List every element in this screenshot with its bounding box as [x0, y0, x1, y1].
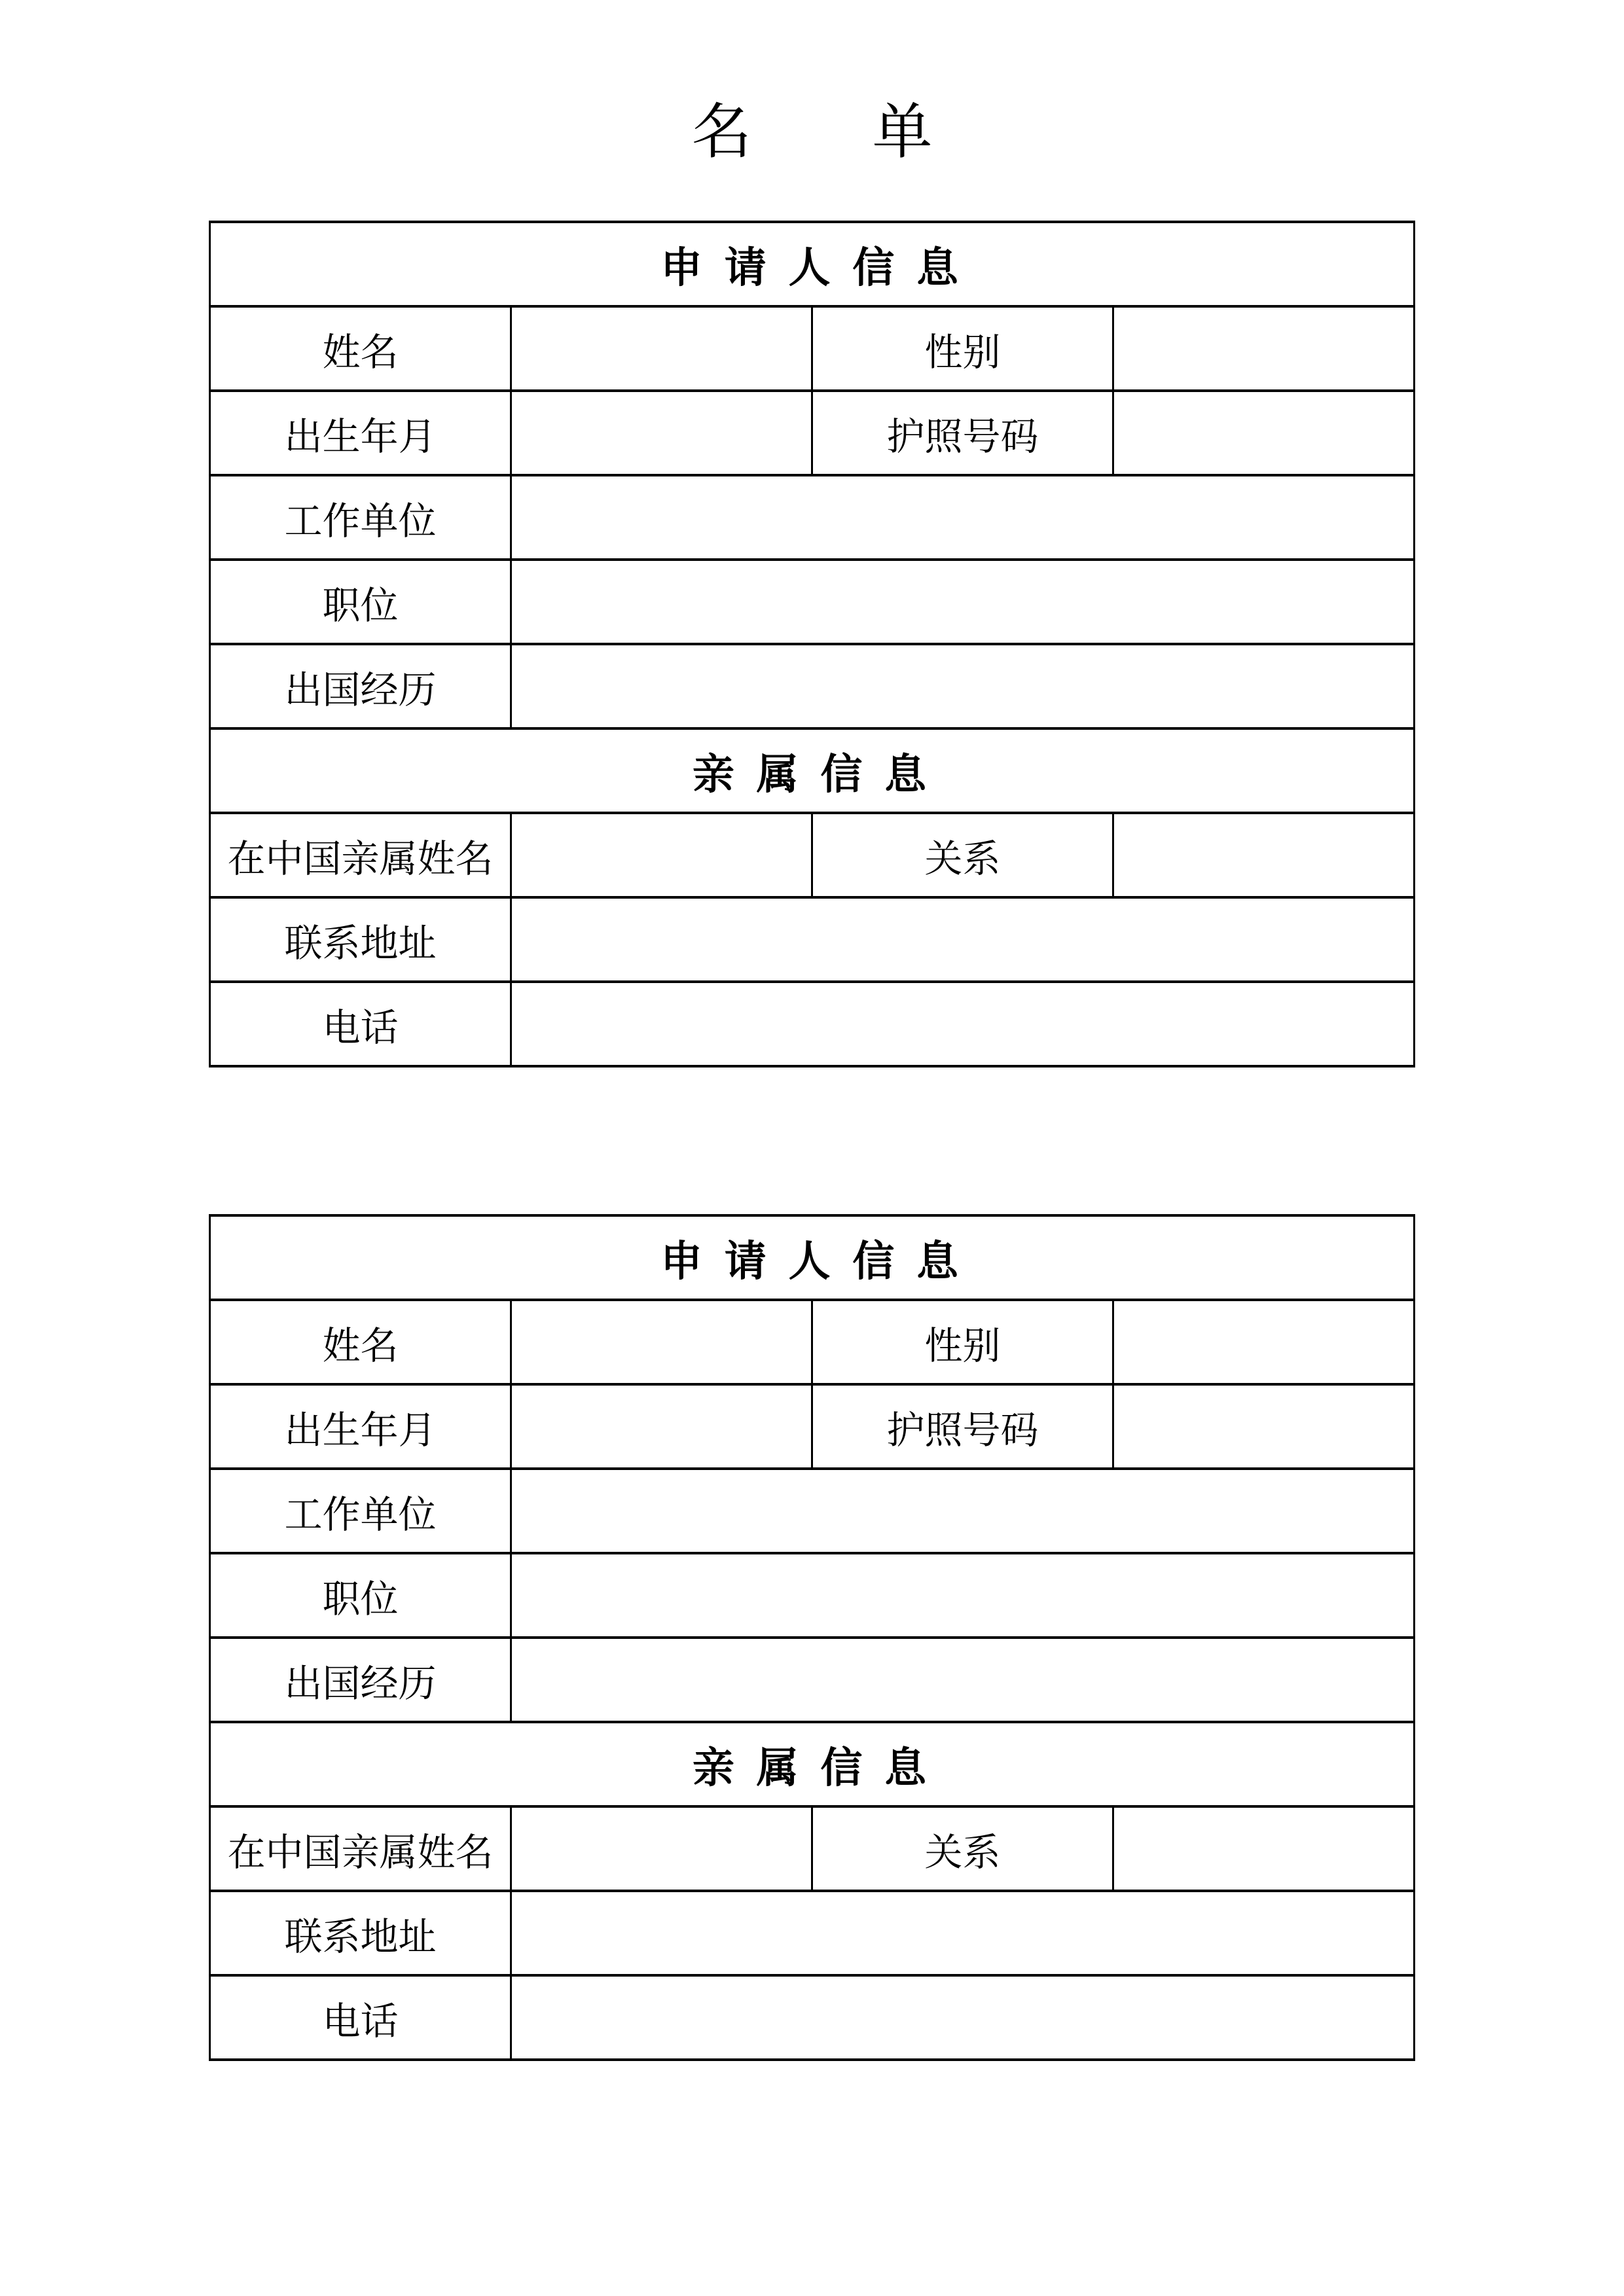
- table-row: 亲 属 信 息: [210, 728, 1415, 813]
- label-overseas-experience: 出国经历: [210, 1638, 511, 1722]
- input-relationship[interactable]: [1113, 1806, 1415, 1891]
- table-row: 工作单位: [210, 1469, 1415, 1553]
- table-row: 在中国亲属姓名 关系: [210, 813, 1415, 897]
- table-row: 出国经历: [210, 644, 1415, 728]
- label-relationship: 关系: [812, 813, 1113, 897]
- table-row: 出国经历: [210, 1638, 1415, 1722]
- label-work-unit: 工作单位: [210, 1469, 511, 1553]
- applicant-form-table-1: 申 请 人 信 息 姓名 性别 出生年月 护照号码 工作单位 职位: [209, 221, 1415, 1067]
- input-name[interactable]: [511, 306, 812, 391]
- table-row: 职位: [210, 1553, 1415, 1638]
- table-row: 电话: [210, 982, 1415, 1066]
- input-passport-number[interactable]: [1113, 391, 1415, 475]
- input-work-unit[interactable]: [511, 1469, 1415, 1553]
- label-gender: 性别: [812, 1300, 1113, 1384]
- input-gender[interactable]: [1113, 306, 1415, 391]
- label-phone: 电话: [210, 982, 511, 1066]
- section-header-applicant-info: 申 请 人 信 息: [210, 1215, 1415, 1300]
- label-relationship: 关系: [812, 1806, 1113, 1891]
- input-birth-date[interactable]: [511, 1384, 812, 1469]
- table-row: 电话: [210, 1975, 1415, 2060]
- section-header-relatives-info: 亲 属 信 息: [210, 728, 1415, 813]
- table-row: 姓名 性别: [210, 306, 1415, 391]
- table-row: 出生年月 护照号码: [210, 1384, 1415, 1469]
- input-contact-address[interactable]: [511, 897, 1415, 982]
- input-gender[interactable]: [1113, 1300, 1415, 1384]
- table-row: 职位: [210, 560, 1415, 644]
- input-relationship[interactable]: [1113, 813, 1415, 897]
- label-name: 姓名: [210, 1300, 511, 1384]
- table-row: 工作单位: [210, 475, 1415, 560]
- label-name: 姓名: [210, 306, 511, 391]
- label-work-unit: 工作单位: [210, 475, 511, 560]
- section-header-relatives-info: 亲 属 信 息: [210, 1722, 1415, 1806]
- label-position: 职位: [210, 560, 511, 644]
- input-overseas-experience[interactable]: [511, 1638, 1415, 1722]
- input-position[interactable]: [511, 1553, 1415, 1638]
- table-row: 联系地址: [210, 897, 1415, 982]
- input-name[interactable]: [511, 1300, 812, 1384]
- input-relative-name-in-china[interactable]: [511, 1806, 812, 1891]
- document-page: 名 单 申 请 人 信 息 姓名 性别 出生年月 护照号码 工作单位: [0, 0, 1624, 2296]
- input-contact-address[interactable]: [511, 1891, 1415, 1975]
- input-position[interactable]: [511, 560, 1415, 644]
- label-contact-address: 联系地址: [210, 897, 511, 982]
- input-phone[interactable]: [511, 1975, 1415, 2060]
- section-header-applicant-info: 申 请 人 信 息: [210, 222, 1415, 306]
- input-overseas-experience[interactable]: [511, 644, 1415, 728]
- input-passport-number[interactable]: [1113, 1384, 1415, 1469]
- table-row: 出生年月 护照号码: [210, 391, 1415, 475]
- input-birth-date[interactable]: [511, 391, 812, 475]
- label-gender: 性别: [812, 306, 1113, 391]
- label-phone: 电话: [210, 1975, 511, 2060]
- label-birth-date: 出生年月: [210, 391, 511, 475]
- table-row: 姓名 性别: [210, 1300, 1415, 1384]
- label-passport-number: 护照号码: [812, 1384, 1113, 1469]
- label-overseas-experience: 出国经历: [210, 644, 511, 728]
- page-title: 名 单: [0, 98, 1624, 168]
- label-passport-number: 护照号码: [812, 391, 1113, 475]
- label-birth-date: 出生年月: [210, 1384, 511, 1469]
- table-row: 联系地址: [210, 1891, 1415, 1975]
- table-row: 亲 属 信 息: [210, 1722, 1415, 1806]
- table-row: 在中国亲属姓名 关系: [210, 1806, 1415, 1891]
- label-relative-name-in-china: 在中国亲属姓名: [210, 1806, 511, 1891]
- table-row: 申 请 人 信 息: [210, 222, 1415, 306]
- input-work-unit[interactable]: [511, 475, 1415, 560]
- input-relative-name-in-china[interactable]: [511, 813, 812, 897]
- applicant-form-table-2: 申 请 人 信 息 姓名 性别 出生年月 护照号码 工作单位 职位: [209, 1214, 1415, 2061]
- label-position: 职位: [210, 1553, 511, 1638]
- input-phone[interactable]: [511, 982, 1415, 1066]
- label-contact-address: 联系地址: [210, 1891, 511, 1975]
- label-relative-name-in-china: 在中国亲属姓名: [210, 813, 511, 897]
- table-row: 申 请 人 信 息: [210, 1215, 1415, 1300]
